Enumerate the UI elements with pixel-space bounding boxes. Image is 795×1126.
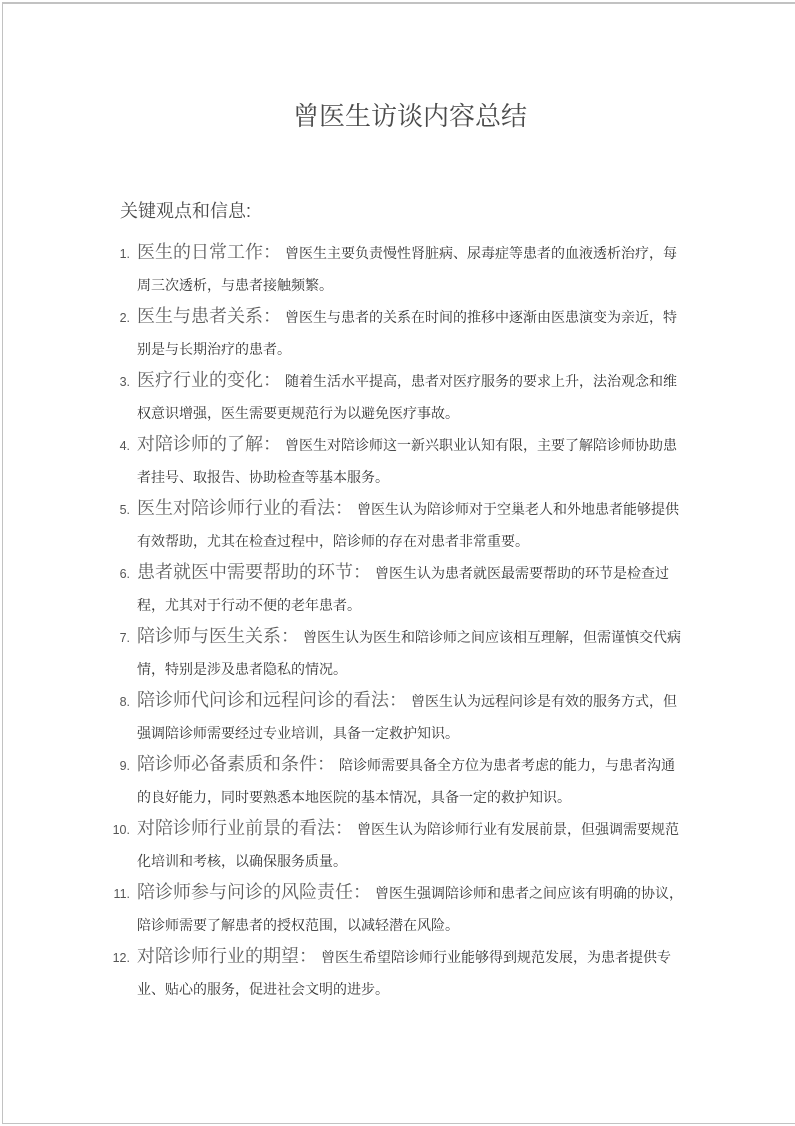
item-title: 陪诊师代问诊和远程问诊的看法： bbox=[137, 690, 407, 710]
list-item: 2.医生与患者关系：曾医生与患者的关系在时间的推移中逐渐由医患演变为亲近，特别是… bbox=[137, 301, 683, 365]
item-number: 7. bbox=[106, 623, 130, 654]
item-title: 陪诊师参与问诊的风险责任： bbox=[137, 882, 371, 902]
item-title: 陪诊师与医生关系： bbox=[137, 626, 299, 646]
item-title: 对陪诊师行业的期望： bbox=[137, 946, 317, 966]
item-title: 对陪诊师的了解： bbox=[137, 434, 281, 454]
item-title: 医生的日常工作： bbox=[137, 242, 281, 262]
item-number: 4. bbox=[106, 431, 130, 462]
list-item: 4.对陪诊师的了解：曾医生对陪诊师这一新兴职业认知有限，主要了解陪诊师协助患者挂… bbox=[137, 429, 683, 493]
list-item: 8.陪诊师代问诊和远程问诊的看法：曾医生认为远程问诊是有效的服务方式，但强调陪诊… bbox=[137, 685, 683, 749]
item-title: 医生对陪诊师行业的看法： bbox=[137, 498, 353, 518]
list-item: 6.患者就医中需要帮助的环节：曾医生认为患者就医最需要帮助的环节是检查过程，尤其… bbox=[137, 557, 683, 621]
list-item: 3.医疗行业的变化：随着生活水平提高，患者对医疗服务的要求上升，法治观念和维权意… bbox=[137, 365, 683, 429]
item-number: 8. bbox=[106, 687, 130, 718]
item-number: 10. bbox=[106, 815, 130, 846]
list-item: 9.陪诊师必备素质和条件：陪诊师需要具备全方位为患者考虑的能力，与患者沟通的良好… bbox=[137, 749, 683, 813]
section-heading: 关键观点和信息: bbox=[120, 199, 683, 223]
item-number: 9. bbox=[106, 751, 130, 782]
list-item: 10.对陪诊师行业前景的看法：曾医生认为陪诊师行业有发展前景，但强调需要规范化培… bbox=[137, 813, 683, 877]
key-points-list: 1.医生的日常工作：曾医生主要负责慢性肾脏病、尿毒症等患者的血液透析治疗，每周三… bbox=[137, 237, 683, 1005]
item-number: 6. bbox=[106, 559, 130, 590]
document-page: 曾医生访谈内容总结 关键观点和信息: 1.医生的日常工作：曾医生主要负责慢性肾脏… bbox=[2, 2, 795, 1124]
list-item: 12.对陪诊师行业的期望：曾医生希望陪诊师行业能够得到规范发展，为患者提供专业、… bbox=[137, 941, 683, 1005]
item-number: 2. bbox=[106, 303, 130, 334]
list-item: 11.陪诊师参与问诊的风险责任：曾医生强调陪诊师和患者之间应该有明确的协议，陪诊… bbox=[137, 877, 683, 941]
item-title: 陪诊师必备素质和条件： bbox=[137, 754, 335, 774]
item-title: 医生与患者关系： bbox=[137, 306, 281, 326]
document-content: 曾医生访谈内容总结 关键观点和信息: 1.医生的日常工作：曾医生主要负责慢性肾脏… bbox=[120, 4, 683, 1005]
item-title: 患者就医中需要帮助的环节： bbox=[137, 562, 371, 582]
list-item: 1.医生的日常工作：曾医生主要负责慢性肾脏病、尿毒症等患者的血液透析治疗，每周三… bbox=[137, 237, 683, 301]
item-title: 对陪诊师行业前景的看法： bbox=[137, 818, 353, 838]
item-number: 5. bbox=[106, 495, 130, 526]
item-number: 12. bbox=[106, 943, 130, 974]
item-number: 1. bbox=[106, 239, 130, 270]
item-title: 医疗行业的变化： bbox=[137, 370, 281, 390]
list-item: 7.陪诊师与医生关系：曾医生认为医生和陪诊师之间应该相互理解，但需谨慎交代病情，… bbox=[137, 621, 683, 685]
list-item: 5.医生对陪诊师行业的看法：曾医生认为陪诊师对于空巢老人和外地患者能够提供有效帮… bbox=[137, 493, 683, 557]
document-title: 曾医生访谈内容总结 bbox=[137, 101, 683, 131]
item-number: 11. bbox=[106, 879, 130, 910]
item-number: 3. bbox=[106, 367, 130, 398]
